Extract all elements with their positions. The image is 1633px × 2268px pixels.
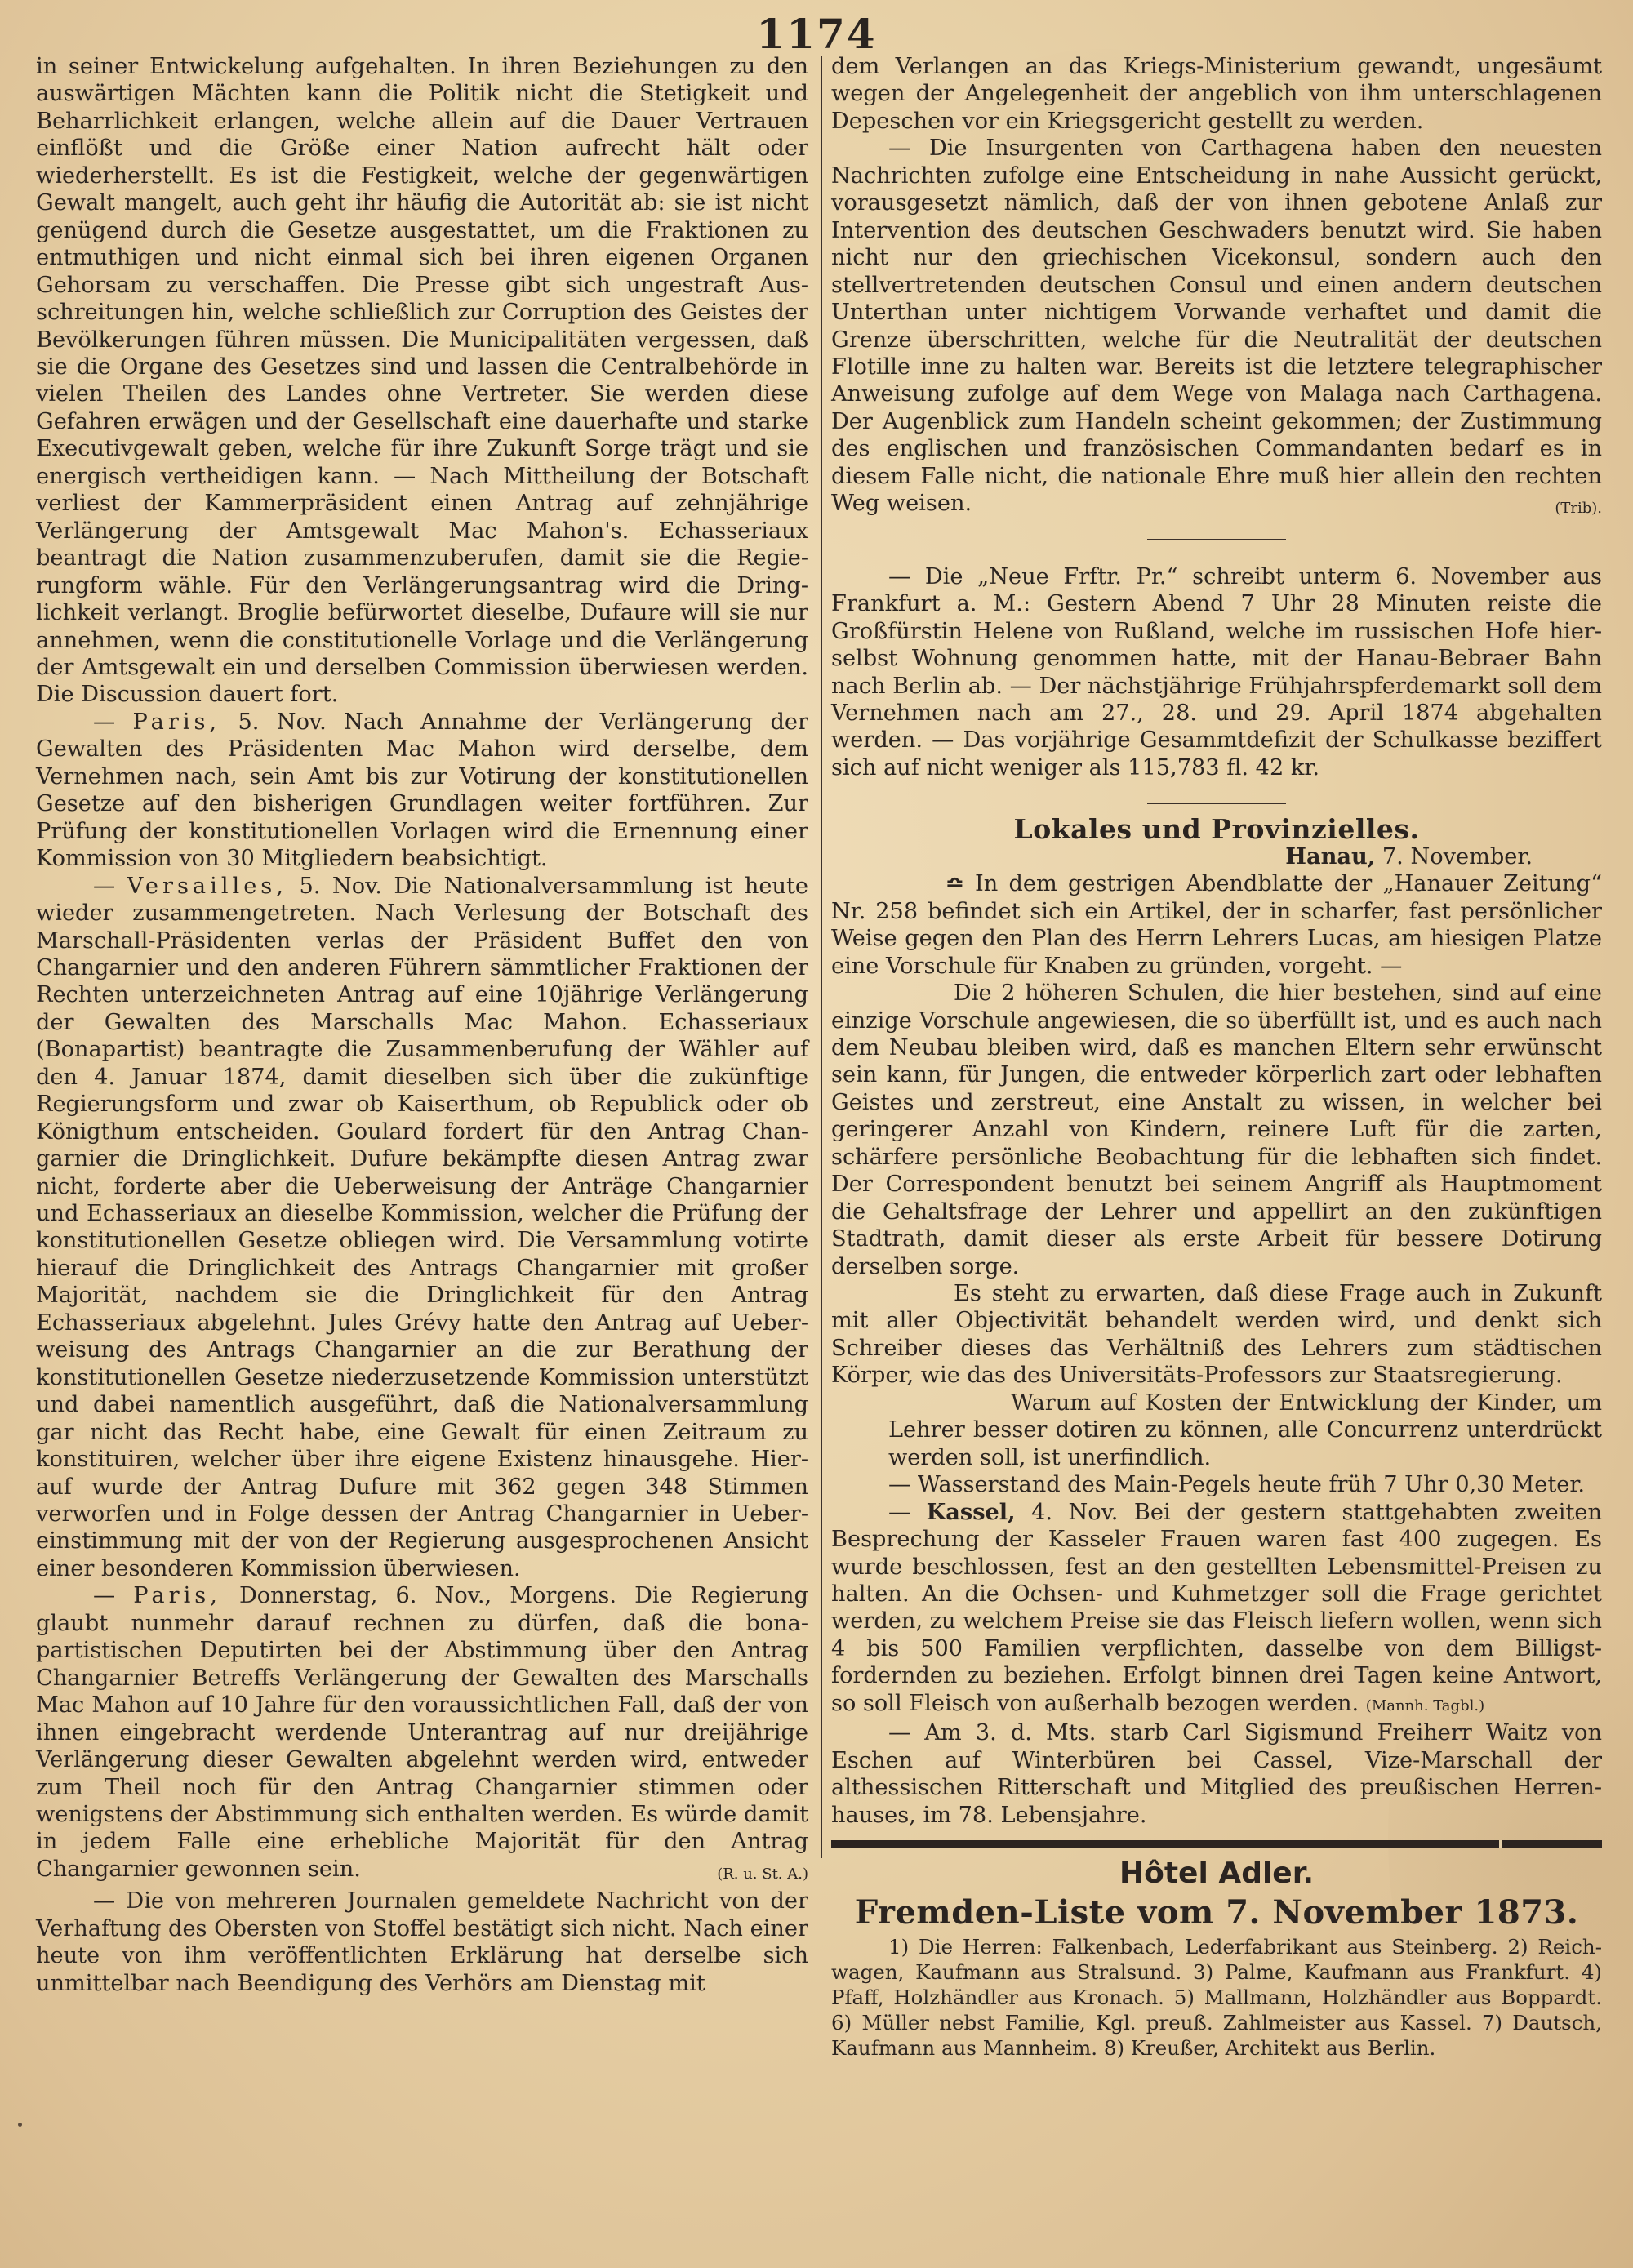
article-hanau-zeitung: ≏ In dem gestrigen Abendblatte der „Hana… bbox=[831, 870, 1602, 980]
article-versailles-nov5: — Versailles, 5. Nov. Die Nationalversam… bbox=[36, 873, 808, 1583]
place-name: Kassel, bbox=[927, 1499, 1016, 1525]
page-number: 1174 bbox=[0, 10, 1633, 58]
newspaper-page: 1174 in seiner Entwickelung aufgehalten.… bbox=[0, 0, 1633, 2268]
article-carthagena: — Die Insurgenten von Carthagena haben d… bbox=[831, 135, 1602, 517]
guest-list-entries: 1) Die Herren: Falkenbach, Lederfabrikan… bbox=[831, 1934, 1602, 2061]
place-date-line: Hanau, 7. November. bbox=[831, 843, 1602, 870]
place-name: Hanau, bbox=[1285, 843, 1375, 869]
article-kassel: — Kassel, 4. Nov. Bei der gestern stattg… bbox=[831, 1499, 1602, 1720]
water-level-notice: — Wasserstand des Main-Pegels heute früh… bbox=[831, 1471, 1602, 1498]
source-attribution: (R. u. St. A.) bbox=[660, 1856, 808, 1888]
dateline: Versailles, bbox=[127, 874, 287, 899]
hanau-symbol-icon: ≏ bbox=[888, 872, 964, 896]
article-frankfurt: — Die „Neue Frftr. Pr.“ schreibt unterm … bbox=[831, 563, 1602, 782]
obituary-notice: — Am 3. d. Mts. starb Carl Sigismund Fre… bbox=[831, 1719, 1602, 1829]
article-paris-nov5: — Paris, 5. Nov. Nach Annahme der Verlän… bbox=[36, 709, 808, 873]
heavy-separator-rule bbox=[831, 1840, 1602, 1848]
article-paragraph: in seiner Entwickelung aufgehalten. In i… bbox=[36, 53, 808, 709]
article-text: — Die Insurgenten von Carthagena haben d… bbox=[831, 136, 1602, 516]
margin-mark bbox=[18, 2123, 22, 2127]
article-paragraph: Es steht zu erwarten, daß diese Frage au… bbox=[831, 1280, 1602, 1390]
article-text: 4. Nov. Bei der gestern stattgehabten zw… bbox=[831, 1500, 1602, 1716]
hotel-name: Hôtel Adler. bbox=[831, 1856, 1602, 1892]
left-column: in seiner Entwickelung aufgehalten. In i… bbox=[36, 53, 808, 1997]
article-paragraph: dem Verlangen an das Kriegs-Ministerium … bbox=[831, 53, 1602, 135]
column-divider bbox=[821, 56, 822, 1858]
dateline: Paris, bbox=[133, 709, 221, 735]
dash: — bbox=[888, 1500, 910, 1525]
article-text: Donnerstag, 6. Nov., Morgens. Die Re­gie… bbox=[36, 1583, 808, 1882]
dash: — bbox=[93, 1583, 115, 1608]
article-paragraph: Die 2 höheren Schulen, die hier bestehen… bbox=[831, 980, 1602, 1280]
source-attribution: (Trib). bbox=[1497, 490, 1602, 522]
article-paris-nov6: — Paris, Donnerstag, 6. Nov., Morgens. D… bbox=[36, 1582, 808, 1883]
source-attribution: (Mannh. Tagbl.) bbox=[1366, 1697, 1484, 1714]
article-stoffel: — Die von mehreren Journalen gemeldete N… bbox=[36, 1888, 808, 1997]
dateline: Paris, bbox=[133, 1583, 221, 1608]
separator-rule bbox=[1147, 539, 1286, 540]
article-text: 5. Nov. Die Nationalversammlung ist heut… bbox=[36, 874, 808, 1581]
separator-rule bbox=[1147, 803, 1286, 804]
dash: — bbox=[93, 709, 115, 735]
article-paragraph: Warum auf Kosten der Entwicklung der Kin… bbox=[831, 1390, 1602, 1471]
dash: — bbox=[93, 874, 115, 899]
section-heading: Lokales und Provinzielles. bbox=[831, 816, 1602, 843]
right-column: dem Verlangen an das Kriegs-Ministerium … bbox=[831, 53, 1602, 2061]
date: 7. November. bbox=[1382, 844, 1533, 869]
guest-list-title: Fremden-Liste vom 7. November 1873. bbox=[831, 1892, 1602, 1934]
